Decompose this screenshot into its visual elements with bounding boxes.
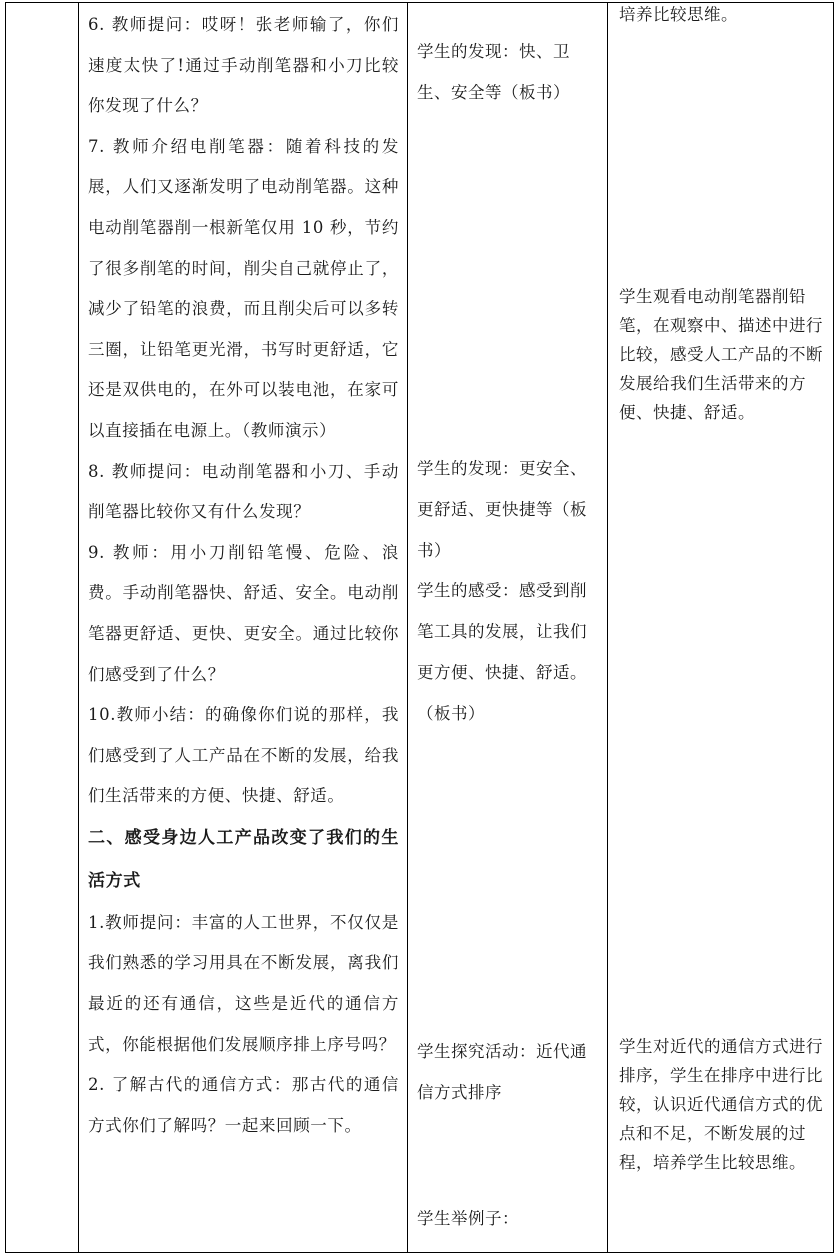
- student-discovery-1-text: 学生的发现：快、卫生、安全等（板书）: [417, 32, 601, 114]
- student-examples-text: 学生举例子：: [417, 1199, 601, 1240]
- design-intent-column: 培养比较思维。 学生观看电动削笔器削铅笔，在观察中、描述中进行比较，感受人工产品…: [608, 3, 833, 1252]
- intent-top-fragment: 培养比较思维。: [619, 0, 827, 29]
- student-activity-column: 学生的发现：快、卫生、安全等（板书） 学生的发现：更安全、更舒适、更快捷等（板书…: [408, 3, 608, 1252]
- student-activity: 学生探究活动：近代通信方式排序: [417, 1032, 601, 1114]
- stage-column: [6, 3, 79, 1252]
- student-examples: 学生举例子：: [417, 1199, 601, 1240]
- student-discovery-1: 学生的发现：快、卫生、安全等（板书）: [417, 32, 601, 114]
- section-step-2: 2. 了解古代的通信方式：那古代的通信方式你们了解吗？一起来回顾一下。: [88, 1065, 399, 1146]
- intent-block-2: 学生对近代的通信方式进行排序，学生在排序中进行比较，认识近代通信方式的优点和不足…: [619, 1032, 827, 1177]
- student-discovery-2: 学生的发现：更安全、更舒适、更快捷等（板书） 学生的感受：感受到削笔工具的发展，…: [417, 449, 601, 735]
- section-heading: 二、感受身边人工产品改变了我们的生活方式: [88, 817, 399, 903]
- student-feeling-text: 学生的感受：感受到削笔工具的发展，让我们更方便、快捷、舒适。（板书）: [417, 571, 601, 734]
- teacher-step-6: 6. 教师提问：哎呀！张老师输了，你们速度太快了!通过手动削笔器和小刀比较你发现…: [88, 5, 399, 127]
- section-step-1: 1.教师提问：丰富的人工世界，不仅仅是我们熟悉的学习用具在不断发展，离我们最近的…: [88, 903, 399, 1065]
- intent-1-text: 学生观看电动削笔器削铅笔，在观察中、描述中进行比较，感受人工产品的不断发展给我们…: [619, 282, 827, 427]
- teacher-step-9: 9. 教师：用小刀削铅笔慢、危险、浪费。手动削笔器快、舒适、安全。电动削笔器更舒…: [88, 533, 399, 695]
- lesson-plan-table: 6. 教师提问：哎呀！张老师输了，你们速度太快了!通过手动削笔器和小刀比较你发现…: [5, 2, 834, 1253]
- intent-2-text: 学生对近代的通信方式进行排序，学生在排序中进行比较，认识近代通信方式的优点和不足…: [619, 1032, 827, 1177]
- student-activity-text: 学生探究活动：近代通信方式排序: [417, 1032, 601, 1114]
- teacher-step-8: 8. 教师提问：电动削笔器和小刀、手动削笔器比较你又有什么发现？: [88, 452, 399, 533]
- teacher-activity-text: 6. 教师提问：哎呀！张老师输了，你们速度太快了!通过手动削笔器和小刀比较你发现…: [88, 5, 399, 1146]
- teacher-step-10: 10.教师小结：的确像你们说的那样，我们感受到了人工产品在不断的发展，给我们生活…: [88, 695, 399, 817]
- intent-top-fragment-text: 培养比较思维。: [619, 0, 827, 29]
- teacher-activity-column: 6. 教师提问：哎呀！张老师输了，你们速度太快了!通过手动削笔器和小刀比较你发现…: [79, 3, 408, 1252]
- student-discovery-2-text: 学生的发现：更安全、更舒适、更快捷等（板书）: [417, 449, 601, 571]
- teacher-step-7: 7. 教师介绍电削笔器：随着科技的发展，人们又逐渐发明了电动削笔器。这种电动削笔…: [88, 127, 399, 452]
- intent-block-1: 学生观看电动削笔器削铅笔，在观察中、描述中进行比较，感受人工产品的不断发展给我们…: [619, 282, 827, 427]
